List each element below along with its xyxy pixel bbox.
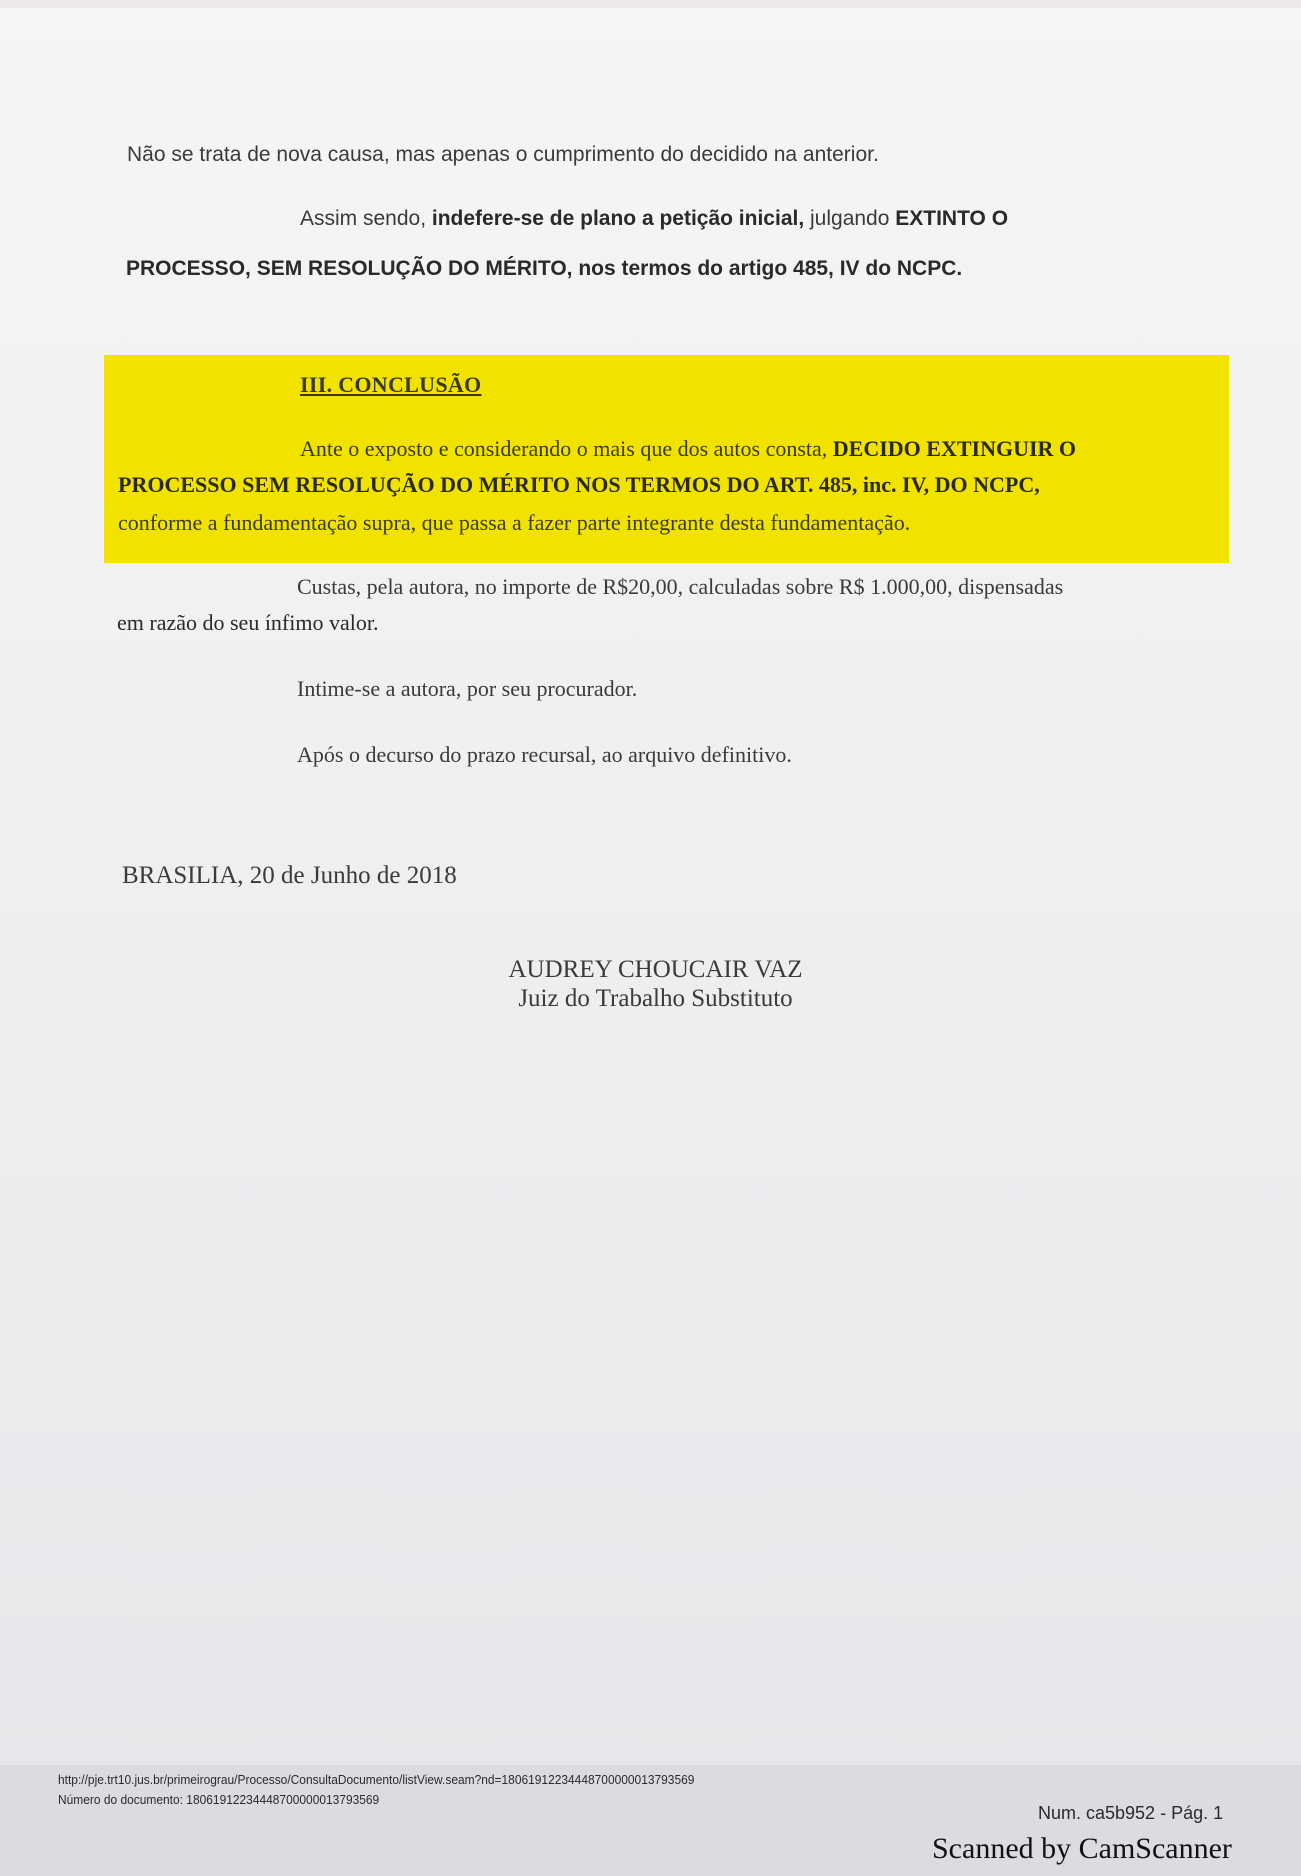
conclusion-line-3: conforme a fundamentação supra, que pass… [118,510,910,536]
text-bold: indefere-se de plano a petição inicial, [432,207,804,230]
footer-url[interactable]: http://pje.trt10.jus.br/primeirograu/Pro… [58,1772,694,1787]
paragraph-nova-causa: Não se trata de nova causa, mas apenas o… [127,143,879,167]
text-bold: EXTINTO O [895,207,1008,230]
conclusion-line-2: PROCESSO SEM RESOLUÇÃO DO MÉRITO NOS TER… [118,472,1040,498]
paragraph-indeferimento-line1: Assim sendo, indefere-se de plano a peti… [300,207,1008,231]
custas-line-1: Custas, pela autora, no importe de R$20,… [297,574,1063,600]
text-normal: Ante o exposto e considerando o mais que… [300,436,833,461]
intimacao-paragraph: Intime-se a autora, por seu procurador. [297,676,637,702]
text-bold: DECIDO EXTINGUIR O [833,436,1076,461]
page-top-edge [0,0,1301,8]
page-info: Num. ca5b952 - Pág. 1 [1038,1803,1223,1824]
footer-document-number: Número do documento: 1806191223444870000… [58,1792,379,1807]
conclusion-title: III. CONCLUSÃO [300,372,481,398]
paragraph-indeferimento-line2: PROCESSO, SEM RESOLUÇÃO DO MÉRITO, nos t… [126,257,962,281]
conclusion-line-1: Ante o exposto e considerando o mais que… [300,436,1076,462]
custas-line-2: em razão do seu ínfimo valor. [117,610,378,636]
document-number-label: Número do documento: [58,1792,186,1807]
camscanner-watermark: Scanned by CamScanner [932,1832,1232,1866]
text-normal: julgando [804,207,895,230]
text-normal: Assim sendo, [300,207,432,230]
document-number-value: 18061912234448700000013793569 [186,1792,379,1807]
signature-role: Juiz do Trabalho Substituto [0,985,1301,1013]
signature-name: AUDREY CHOUCAIR VAZ [0,956,1301,984]
place-date: BRASILIA, 20 de Junho de 2018 [122,862,457,890]
arquivo-paragraph: Após o decurso do prazo recursal, ao arq… [297,742,792,768]
